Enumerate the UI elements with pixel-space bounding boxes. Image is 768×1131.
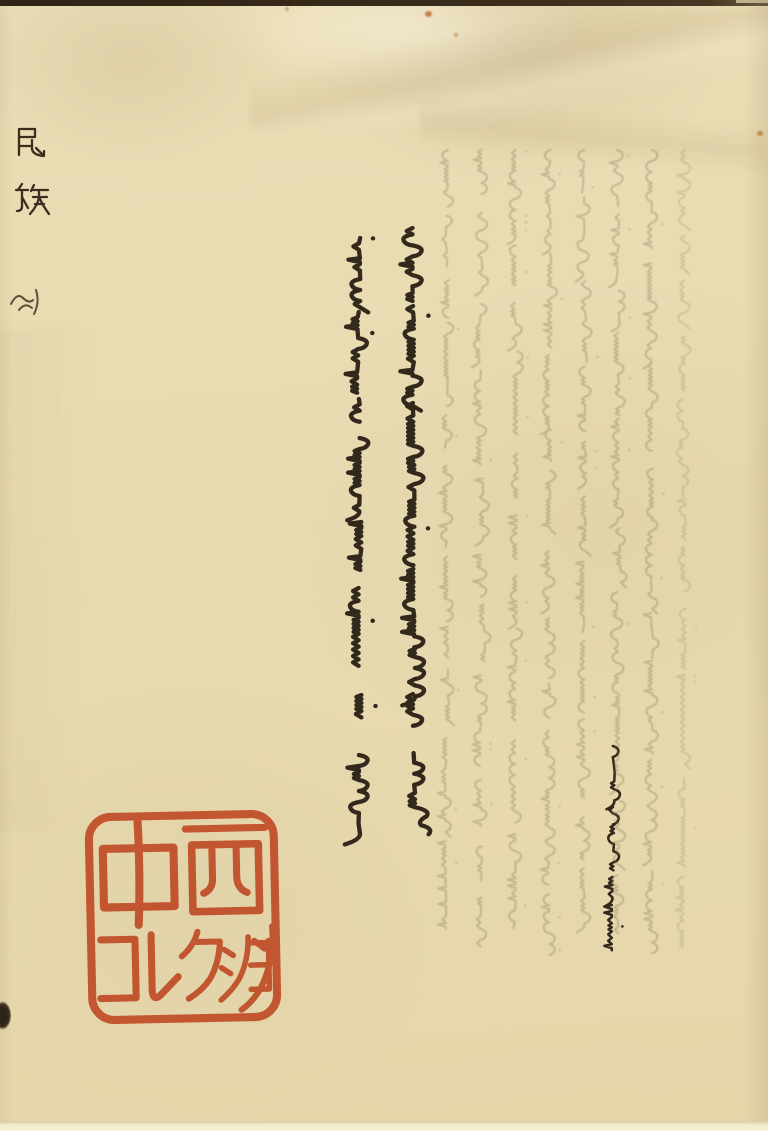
page <box>0 0 768 1131</box>
kanji-zoku <box>16 184 49 214</box>
bleedthrough-column <box>508 150 528 928</box>
foxing-spot <box>757 131 763 136</box>
paper-wrinkle <box>0 330 120 830</box>
collector-seal <box>82 806 285 1028</box>
handwritten-glyph <box>11 290 38 314</box>
bleedthrough-column <box>438 150 459 929</box>
bleedthrough-column <box>575 150 597 932</box>
bleedthrough-column <box>472 150 492 946</box>
page-top-edge <box>0 0 768 6</box>
mongolian-title-column-right <box>400 228 430 834</box>
bleedthrough-column <box>609 150 631 933</box>
seal-katakana-row <box>99 926 274 1012</box>
paper-wrinkle <box>420 90 768 180</box>
seal-kanji-row <box>102 819 267 925</box>
foxing-spot <box>454 33 458 37</box>
page-bottom-edge <box>0 1121 768 1131</box>
bleedthrough-column <box>676 150 696 948</box>
margin-annotation <box>10 122 54 332</box>
foxing-spot <box>425 11 432 17</box>
mongolian-title-column-left <box>345 238 376 844</box>
foxing-spot <box>285 7 289 11</box>
bleedthrough-column <box>541 150 563 955</box>
bleedthrough-column <box>643 150 663 953</box>
kanji-min <box>19 129 44 156</box>
mongolian-colophon-column <box>604 746 622 950</box>
